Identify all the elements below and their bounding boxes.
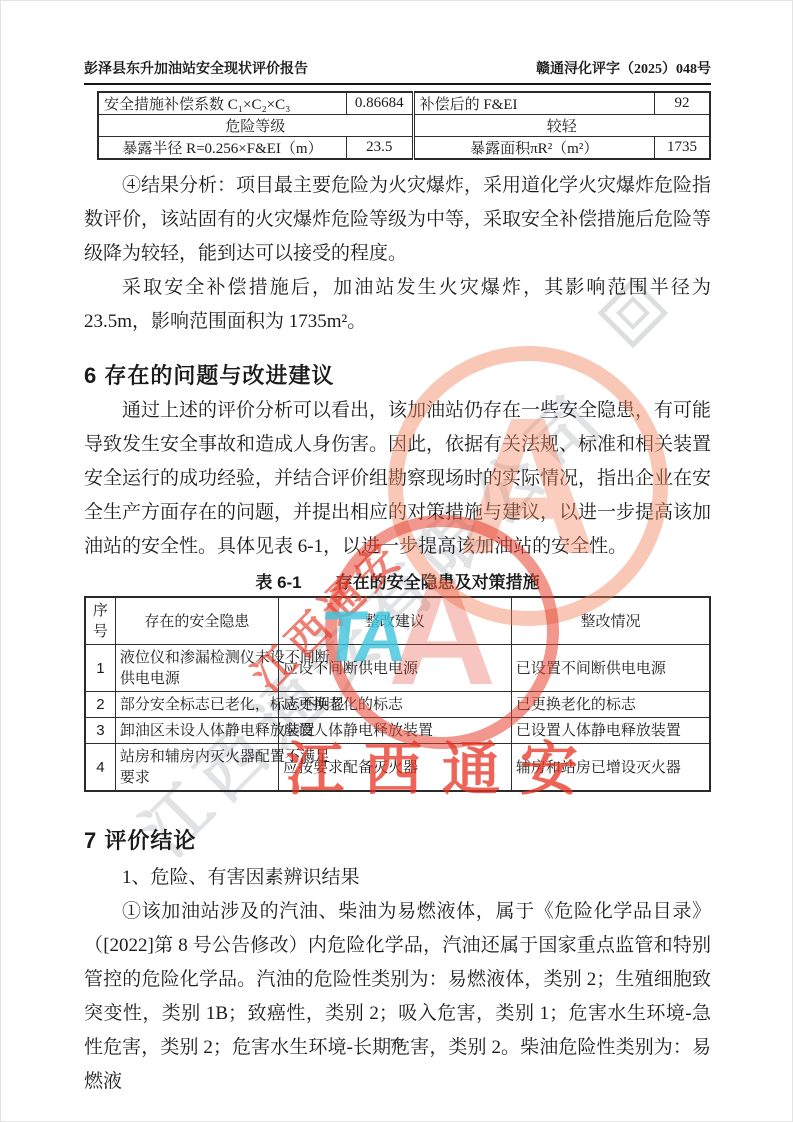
fei-cell-area-label: 暴露面积πR²（m²） [413, 137, 654, 160]
hazard-header-index: 序号 [85, 597, 115, 645]
hazard-cell-issue: 液位仪和渗漏检测仪未设不间断 供电电源 [115, 645, 278, 692]
table-row: 3 卸油区未设人体静电释放装置 应设人体静电释放装置 已设置人体静电释放装置 [85, 718, 710, 744]
hazard-cell-issue: 站房和辅房内灭火器配置不满足 要求 [115, 744, 278, 792]
hazard-cell-suggestion: 应更换老化的标志 [278, 692, 511, 718]
section7-item1: 1、危险、有害因素辨识结果 [84, 861, 711, 895]
document-page: 江西通安有限公司 彭泽县东升加油站安全现状评价报告 赣通浔化评字（2025）04… [0, 0, 793, 1122]
fei-cell-compensated-label: 补偿后的 F&EI [413, 92, 654, 115]
section7-paragraph: ①该加油站涉及的汽油、柴油为易燃液体，属于《危险化学品目录》（[2022]第 8… [84, 895, 711, 1099]
hazard-header-status: 整改情况 [511, 597, 710, 645]
hazard-cell-status: 已更换老化的标志 [511, 692, 710, 718]
table-row: 2 部分安全标志已老化，标志不明显 应更换老化的标志 已更换老化的标志 [85, 692, 710, 718]
table6-1-caption-label: 表 6-1 [255, 573, 301, 592]
page-header: 彭泽县东升加油站安全现状评价报告 赣通浔化评字（2025）048号 [84, 58, 711, 85]
page-number: 79 [0, 1036, 793, 1052]
table-row: 1 液位仪和渗漏检测仪未设不间断 供电电源 应设不间断供电电源 已设置不间断供电… [85, 645, 710, 692]
hazard-cell-suggestion: 应设人体静电释放装置 [278, 718, 511, 744]
hazard-table: 序号 存在的安全隐患 整改建议 整改情况 1 液位仪和渗漏检测仪未设不间断 供电… [84, 596, 711, 792]
hazard-cell-issue: 卸油区未设人体静电释放装置 [115, 718, 278, 744]
hazard-cell-index: 1 [85, 645, 115, 692]
table-row: 危险等级 较轻 [98, 115, 710, 137]
section6-paragraph: 通过上述的评价分析可以看出，该加油站仍存在一些安全隐患，有可能导致发生安全事故和… [84, 394, 711, 564]
table-row: 4 站房和辅房内灭火器配置不满足 要求 应按要求配备灭火器 辅房和站房已增设灭火… [85, 744, 710, 792]
header-doc-number: 赣通浔化评字（2025）048号 [536, 58, 711, 78]
document-content: 彭泽县东升加油站安全现状评价报告 赣通浔化评字（2025）048号 安全措施补偿… [0, 0, 793, 1099]
section7-heading: 7 评价结论 [84, 824, 711, 855]
fei-cell-danger-grade-value: 较轻 [413, 115, 710, 137]
table-header-row: 序号 存在的安全隐患 整改建议 整改情况 [85, 597, 710, 645]
fei-cell-coefficient-value: 0.86684 [346, 92, 413, 115]
fei-cell-danger-grade-label: 危险等级 [98, 115, 413, 137]
fei-cell-radius-label: 暴露半径 R=0.256×F&EI（m） [98, 137, 346, 160]
hazard-cell-status: 已设置人体静电释放装置 [511, 718, 710, 744]
hazard-cell-status: 辅房和站房已增设灭火器 [511, 744, 710, 792]
hazard-cell-issue: 部分安全标志已老化，标志不明显 [115, 692, 278, 718]
paragraph-impact-range: 采取安全补偿措施后，加油站发生火灾爆炸，其影响范围半径为 23.5m，影响范围面… [84, 271, 711, 339]
table6-1-caption: 表 6-1存在的安全隐患及对策措施 [84, 568, 711, 593]
hazard-cell-index: 4 [85, 744, 115, 792]
hazard-header-suggestion: 整改建议 [278, 597, 511, 645]
paragraph-result-analysis: ④结果分析：项目最主要危险为火灾爆炸，采用道化学火灾爆炸危险指数评价，该站固有的… [84, 169, 711, 271]
fei-cell-radius-value: 23.5 [346, 137, 413, 160]
hazard-cell-index: 2 [85, 692, 115, 718]
hazard-cell-status: 已设置不间断供电电源 [511, 645, 710, 692]
section6-heading: 6 存在的问题与改进建议 [84, 359, 711, 390]
header-report-title: 彭泽县东升加油站安全现状评价报告 [84, 58, 308, 78]
table-row: 暴露半径 R=0.256×F&EI（m） 23.5 暴露面积πR²（m²） 17… [98, 137, 710, 160]
fei-cell-compensated-value: 92 [654, 92, 710, 115]
fei-cell-coefficient-label: 安全措施补偿系数 C₁×C₂×C₃ [98, 92, 346, 115]
table6-1-caption-title: 存在的安全隐患及对策措施 [336, 573, 540, 592]
table-row: 安全措施补偿系数 C₁×C₂×C₃ 0.86684 补偿后的 F&EI 92 [98, 92, 710, 115]
hazard-cell-index: 3 [85, 718, 115, 744]
fei-compensation-table: 安全措施补偿系数 C₁×C₂×C₃ 0.86684 补偿后的 F&EI 92 危… [97, 91, 711, 160]
hazard-header-issue: 存在的安全隐患 [115, 597, 278, 645]
fei-cell-area-value: 1735 [654, 137, 710, 160]
